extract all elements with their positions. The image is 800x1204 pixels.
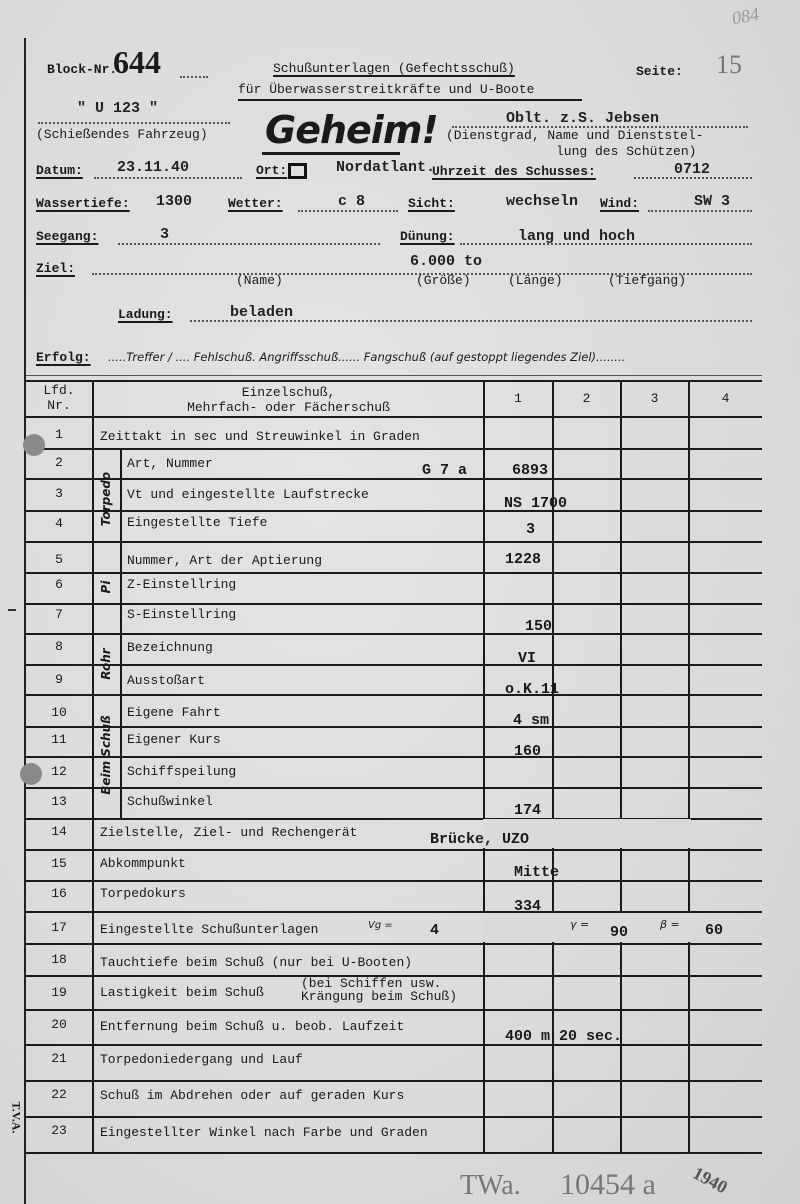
row-10-label: Eigene Fahrt: [127, 705, 221, 720]
group-label-pi: Pi: [99, 567, 113, 607]
scanned-document-page: Block-Nr. 644 Schußunterlagen (Gefechtss…: [0, 0, 800, 1204]
row-divider: [26, 478, 762, 480]
row-14-nr: 14: [26, 824, 92, 839]
swell-label: Dünung:: [400, 229, 455, 244]
row-13-nr: 13: [26, 794, 92, 809]
target-name-caption: (Name): [236, 273, 283, 288]
row-5-nr: 5: [26, 552, 92, 567]
date-value: 23.11.40: [117, 159, 189, 176]
row-9-nr: 9: [26, 672, 92, 687]
archive-stamp-number: 10454 a: [560, 1168, 656, 1202]
row-15-label: Abkommpunkt: [100, 856, 186, 871]
form-title: Schußunterlagen (Gefechtsschuß): [273, 61, 515, 76]
row-4-nr: 4: [26, 516, 92, 531]
row-divider: [26, 1080, 762, 1082]
shooter-name: Oblt. z.S. Jebsen: [506, 110, 659, 127]
row-6-nr: 6: [26, 577, 92, 592]
row-8-col1-value: VI: [518, 650, 536, 667]
row-17-nr: 17: [26, 920, 92, 935]
row-10-nr: 10: [26, 705, 92, 720]
target-size-value: 6.000 to: [410, 253, 482, 270]
row-3-label: Vt und eingestellte Laufstrecke: [127, 487, 369, 502]
archive-stamp-label: TWa.: [460, 1170, 521, 1202]
col-header-nr-line2: Nr.: [26, 398, 92, 413]
col-header-desc-line2: Mehrfach- oder Fächerschuß: [94, 400, 483, 415]
row-2-label: Art, Nummer: [127, 456, 213, 471]
row-14-inline-value: Brücke, UZO: [430, 831, 529, 848]
row-3-col1-value: NS 1700: [504, 495, 567, 512]
row-17-gamma-label: γ =: [570, 918, 589, 931]
dotted-leader: [180, 76, 208, 78]
table-top-rule-thin: [26, 375, 762, 376]
row-divider: [26, 1009, 762, 1011]
col-header-4: 4: [689, 391, 762, 406]
row-10-col1-value: 4 sm: [513, 712, 549, 729]
block-number-label: Block-Nr.: [47, 62, 117, 77]
row-23-nr: 23: [26, 1123, 92, 1138]
row-5-col1-value: 1228: [505, 551, 541, 568]
dotted-leader: [634, 177, 752, 179]
row-15-col1-value: Mitte: [514, 864, 559, 881]
sea-state-value: 3: [160, 226, 169, 243]
group-label-torpedo: Torpedo: [99, 459, 113, 539]
row-9-col1-value: o.K.11: [505, 681, 559, 698]
group-label-beim-schuss: Beim Schuß: [99, 705, 113, 805]
dotted-leader: [94, 177, 242, 179]
row-8-nr: 8: [26, 639, 92, 654]
row-7-label: S-Einstellring: [127, 607, 236, 622]
cargo-value: beladen: [230, 304, 293, 321]
target-draft-caption: (Tiefgang): [608, 273, 686, 288]
swell-value: lang und hoch: [518, 228, 635, 245]
row-2-nr: 2: [26, 455, 92, 470]
row-18-label: Tauchtiefe beim Schuß (nur bei U-Booten): [100, 955, 412, 970]
punch-hole: [20, 763, 42, 785]
row-21-label: Torpedoniedergang und Lauf: [100, 1052, 303, 1067]
col-header-desc-line1: Einzelschuß,: [94, 385, 483, 400]
row-2-inline-value: G 7 a: [422, 462, 467, 479]
target-label: Ziel:: [36, 261, 75, 276]
row-divider: [26, 694, 762, 696]
row-2-col1-value: 6893: [512, 462, 548, 479]
row-14-label: Zielstelle, Ziel- und Rechengerät: [100, 825, 357, 840]
form-subtitle: für Überwasserstreitkräfte und U-Boote: [238, 82, 534, 97]
row-16-nr: 16: [26, 886, 92, 901]
dotted-leader: [38, 122, 230, 124]
row-divider: [26, 943, 762, 945]
row-7-col1-value: 150: [525, 618, 552, 635]
row-4-label: Eingestellte Tiefe: [127, 515, 267, 530]
row-divider: [26, 726, 762, 728]
row-16-col1-value: 334: [514, 898, 541, 915]
row-divider: [26, 603, 762, 605]
col-header-description: Einzelschuß, Mehrfach- oder Fächerschuß: [94, 385, 483, 415]
side-stamp: T.V.A.: [8, 1102, 23, 1134]
row-3-nr: 3: [26, 486, 92, 501]
wind-label: Wind:: [600, 196, 639, 211]
subtitle-rule: [238, 99, 582, 101]
row-21-nr: 21: [26, 1051, 92, 1066]
col-header-2: 2: [553, 391, 620, 406]
row-20-col1-value: 400 m 20 sec.: [505, 1028, 622, 1045]
shooter-caption-1: (Dienstgrad, Name und Dienststel-: [446, 128, 703, 143]
row-15-nr: 15: [26, 856, 92, 871]
table-top-rule: [26, 380, 762, 382]
row-17-label: Eingestellte Schußunterlagen: [100, 922, 318, 937]
row-19-extra-line2: Krängung beim Schuß): [301, 990, 457, 1003]
row-11-nr: 11: [26, 732, 92, 747]
row-divider: [26, 1044, 762, 1046]
pencil-note: 084: [730, 4, 760, 29]
row-19-nr: 19: [26, 985, 92, 1000]
dotted-leader: [648, 210, 752, 212]
col-divider-group: [120, 448, 122, 819]
result-options: .....Treffer / .... Fehlschuß. Angriffss…: [108, 350, 625, 364]
margin-tick: [8, 609, 16, 611]
row-8-label: Bezeichnung: [127, 640, 213, 655]
row-5-label: Nummer, Art der Aptierung: [127, 553, 322, 568]
visibility-label: Sicht:: [408, 196, 455, 211]
col-header-nr: Lfd. Nr.: [26, 383, 92, 413]
row-9-label: Ausstoßart: [127, 673, 205, 688]
time-label: Uhrzeit des Schusses:: [432, 164, 596, 179]
visibility-value: wechseln: [506, 193, 578, 210]
row-7-nr: 7: [26, 607, 92, 622]
page-number-label: Seite:: [636, 64, 683, 79]
target-size-caption: (Größe): [416, 273, 471, 288]
group-label-rohr: Rohr: [99, 634, 113, 694]
checkbox-icon: [288, 163, 307, 179]
row-divider: [26, 664, 762, 666]
result-label: Erfolg:: [36, 350, 91, 365]
row-19-label-extra: (bei Schiffen usw. Krängung beim Schuß): [301, 977, 457, 1003]
block-number: 644: [113, 44, 161, 81]
row-divider: [26, 880, 762, 882]
dotted-leader: [298, 210, 398, 212]
col-divider-4: [688, 381, 690, 1153]
table-bottom-rule: [26, 1152, 762, 1154]
vessel-name: " U 123 ": [77, 100, 158, 117]
row-17-beta-value: 60: [705, 922, 723, 939]
dotted-leader: [118, 243, 380, 245]
row-divider: [26, 849, 762, 851]
row-17-vg-value: 4: [430, 922, 439, 939]
row-divider: [26, 787, 762, 789]
row-1-label: Zeittakt in sec und Streuwinkel in Grade…: [100, 429, 420, 444]
row-divider: [26, 510, 762, 512]
row-13-col1-value: 174: [514, 802, 541, 819]
row-19-label: Lastigkeit beim Schuß: [100, 985, 264, 1000]
col-header-1: 1: [484, 391, 552, 406]
archive-stamp-year: 1940: [689, 1163, 731, 1198]
row-17-beta-label: β =: [660, 918, 680, 931]
row-20-label: Entfernung beim Schuß u. beob. Laufzeit: [100, 1019, 404, 1034]
row-12-label: Schiffspeilung: [127, 764, 236, 779]
row-divider: [26, 756, 762, 758]
row-17-vg-label: Vg =: [368, 920, 393, 931]
secret-stamp-underline: [262, 152, 400, 155]
row-6-label: Z-Einstellring: [127, 577, 236, 592]
shooter-caption-2: lung des Schützen): [556, 144, 696, 159]
row-4-col1-value: 3: [526, 521, 535, 538]
location-label: Ort:: [256, 163, 287, 178]
col-divider-nr: [92, 381, 94, 1153]
sea-state-label: Seegang:: [36, 229, 98, 244]
row-16-label: Torpedokurs: [100, 886, 186, 901]
row-22-nr: 22: [26, 1087, 92, 1102]
water-depth-label: Wassertiefe:: [36, 196, 130, 211]
vessel-caption: (Schießendes Fahrzeug): [36, 127, 208, 142]
row-divider: [26, 448, 762, 450]
row-11-col1-value: 160: [514, 743, 541, 760]
row-divider: [26, 572, 762, 574]
secret-stamp: Geheim!: [265, 108, 438, 152]
row-22-label: Schuß im Abdrehen oder auf geraden Kurs: [100, 1088, 404, 1103]
row-11-label: Eigener Kurs: [127, 732, 221, 747]
row-divider: [26, 1116, 762, 1118]
page-number: 15: [716, 50, 742, 80]
row-divider: [26, 416, 762, 418]
cargo-label: Ladung:: [118, 307, 173, 322]
time-value: 0712: [674, 161, 710, 178]
row-13-label: Schußwinkel: [127, 794, 213, 809]
row-18-nr: 18: [26, 952, 92, 967]
wind-value: SW 3: [694, 193, 730, 210]
water-depth-value: 1300: [156, 193, 192, 210]
col-header-3: 3: [621, 391, 688, 406]
row-divider: [26, 633, 762, 635]
row-20-nr: 20: [26, 1017, 92, 1032]
weather-value: c 8: [338, 193, 365, 210]
row-divider: [26, 541, 762, 543]
target-length-caption: (Länge): [508, 273, 563, 288]
date-label: Datum:: [36, 163, 83, 178]
weather-label: Wetter:: [228, 196, 283, 211]
col-header-nr-line1: Lfd.: [26, 383, 92, 398]
row-17-gamma-value: 90: [610, 924, 628, 941]
location-value: Nordatlant.: [336, 159, 435, 176]
punch-hole: [23, 434, 45, 456]
col-divider-1: [483, 381, 485, 1153]
row-23-label: Eingestellter Winkel nach Farbe und Grad…: [100, 1125, 428, 1140]
